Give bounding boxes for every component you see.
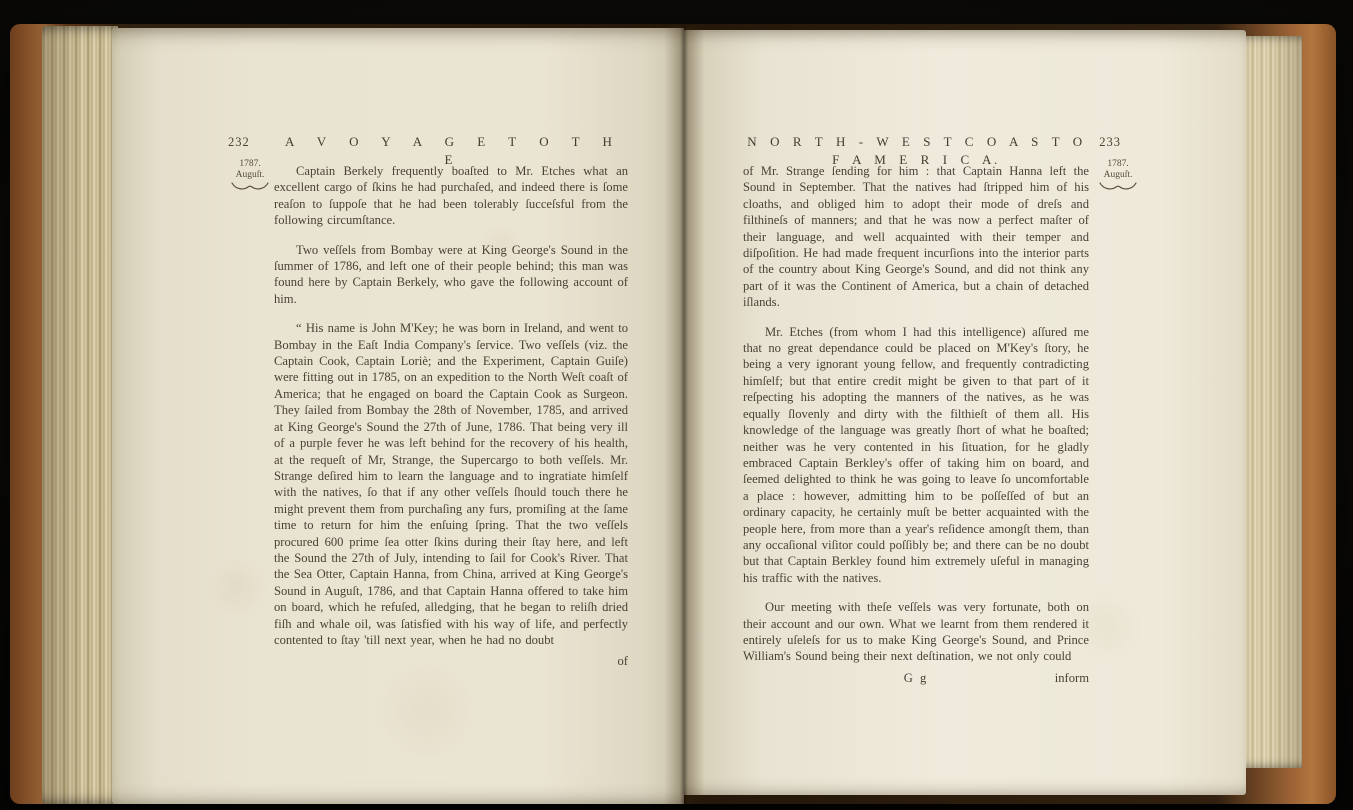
book-photo: 232 A V O Y A G E T O T H E 1787. Auguſt… xyxy=(0,0,1353,810)
left-page-body: Captain Berkely frequently boaſted to Mr… xyxy=(274,163,628,669)
body-paragraph: Two veſſels from Bombay were at King Geo… xyxy=(274,242,628,308)
right-page-body: of Mr. Strange ſending for him : that Ca… xyxy=(743,163,1089,689)
left-page-content: 232 A V O Y A G E T O T H E 1787. Auguſt… xyxy=(274,133,628,669)
body-paragraph: Mr. Etches (from whom I had this intelli… xyxy=(743,324,1089,587)
margin-note-year: 1787. xyxy=(1107,159,1128,169)
body-paragraph: Captain Berkely frequently boaſted to Mr… xyxy=(274,163,628,229)
body-paragraph: Our meeting with theſe veſſels was very … xyxy=(743,599,1089,665)
page-number-left: 232 xyxy=(228,135,250,150)
margin-note-month: Auguſt. xyxy=(236,170,265,180)
right-header-row: N O R T H - W E S T C O A S T O F A M E … xyxy=(743,133,1089,155)
margin-note-left: 1787. Auguſt. xyxy=(230,159,270,191)
right-page-content: N O R T H - W E S T C O A S T O F A M E … xyxy=(743,133,1089,689)
margin-note-brace xyxy=(231,182,269,191)
margin-note-month: Auguſt. xyxy=(1104,170,1133,180)
left-page: 232 A V O Y A G E T O T H E 1787. Auguſt… xyxy=(112,28,684,804)
body-paragraph: “ His name is John M'Key; he was born in… xyxy=(274,320,628,648)
catchword-right: inform xyxy=(1055,671,1089,686)
body-paragraph: of Mr. Strange ſending for him : that Ca… xyxy=(743,163,1089,311)
margin-note-right: 1787. Auguſt. xyxy=(1098,159,1138,191)
catchword-left: of xyxy=(274,654,628,669)
page-edges-left xyxy=(42,26,118,804)
page-edges-right xyxy=(1246,36,1302,768)
signature-mark: G g xyxy=(743,671,1089,686)
margin-note-brace xyxy=(1099,182,1137,191)
right-page: N O R T H - W E S T C O A S T O F A M E … xyxy=(684,30,1246,795)
page-number-right: 233 xyxy=(1099,135,1121,150)
margin-note-year: 1787. xyxy=(239,159,260,169)
right-page-footer: G g inform xyxy=(743,671,1089,689)
left-header-row: 232 A V O Y A G E T O T H E xyxy=(274,133,628,155)
